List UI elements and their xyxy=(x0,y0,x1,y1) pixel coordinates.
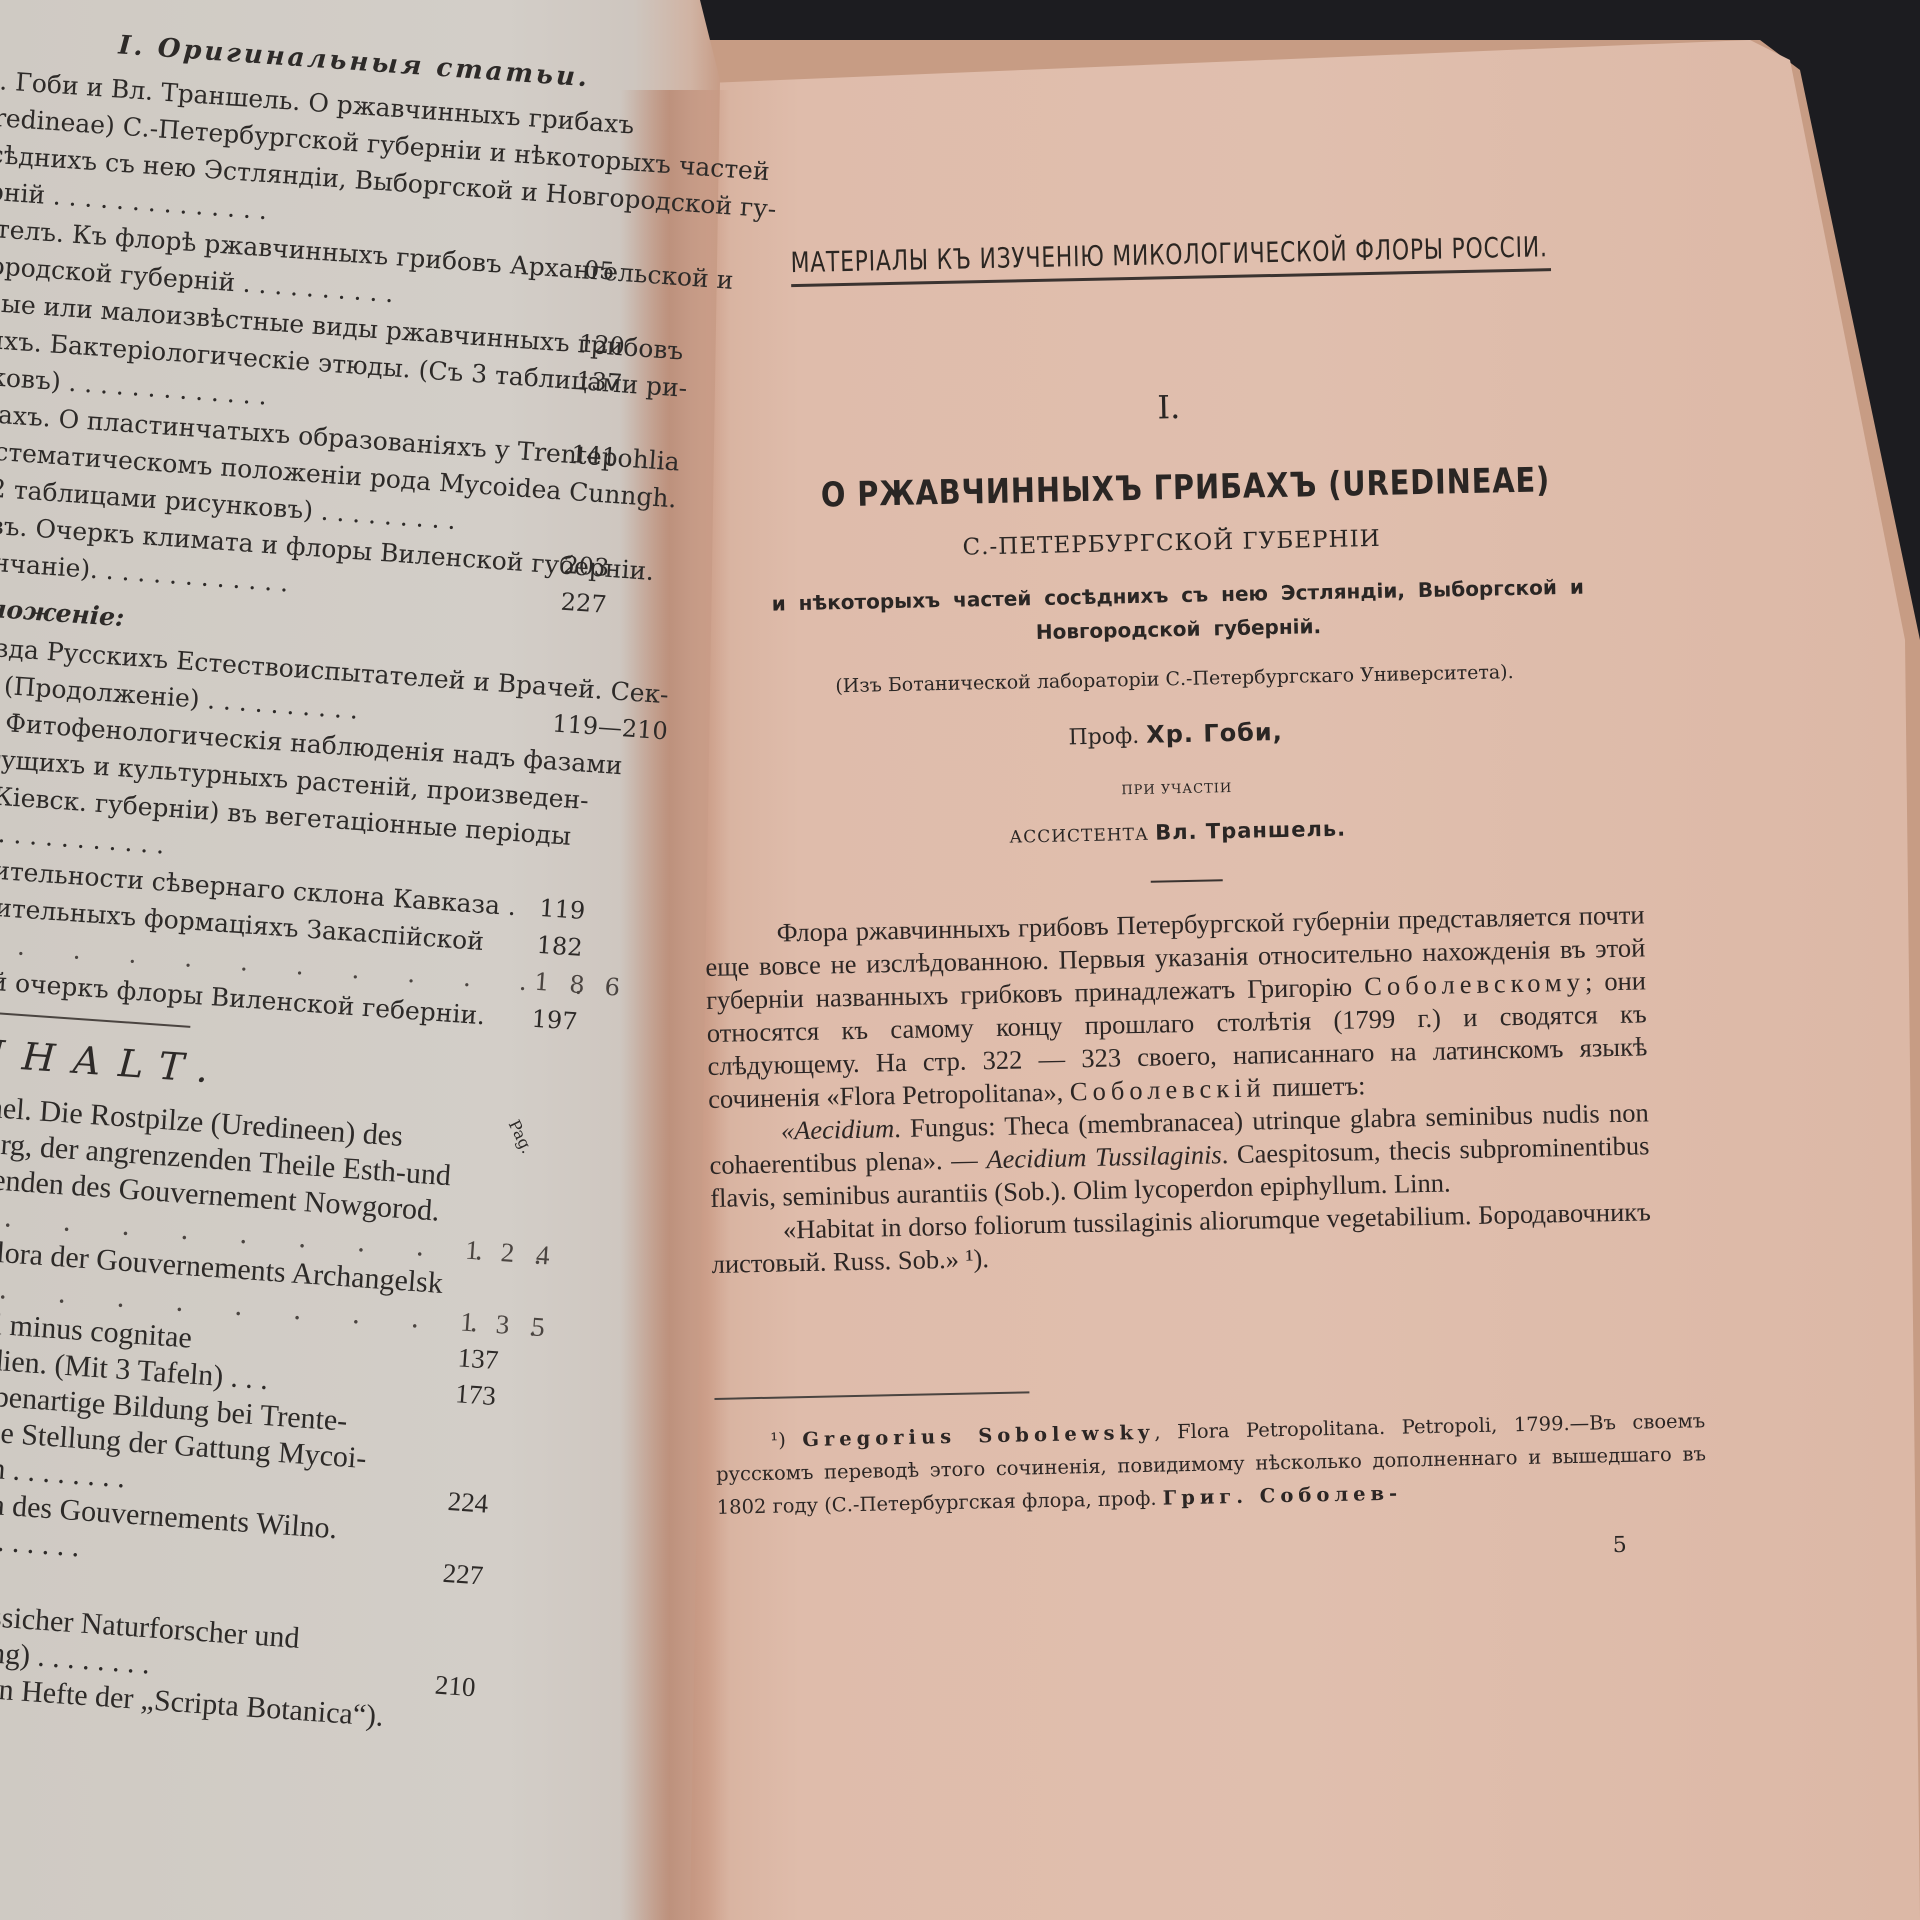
toc-page-number: 182 xyxy=(536,927,584,967)
paragraph-1: Флора ржавчинныхъ грибовъ Петербургской … xyxy=(704,898,1648,1116)
assistant-name: Вл. Траншель. xyxy=(1155,817,1346,845)
footnote: ¹) Gregorius Sobolewsky, Flora Petropoli… xyxy=(715,1404,1707,1524)
quote-1: «Aecidium. Fungus: Theca (membranacea) u… xyxy=(709,1096,1651,1215)
toc-page-number: 197 xyxy=(530,1001,578,1041)
toc-page-number: 227 xyxy=(560,584,608,624)
toc-russian-list: Хр. Гоби и Вл. Траншель. О ржавчинныхъ г… xyxy=(0,60,666,626)
article-body: Флора ржавчинныхъ грибовъ Петербургской … xyxy=(704,898,1651,1281)
toc-russian-appendix-list: ...съѣзда Русскихъ Естествоиспытателей и… xyxy=(0,625,626,1043)
toc-page-number: 119 xyxy=(538,890,586,930)
table-of-contents: I. Оригинальныя статьи. Хр. Гоби и Вл. Т… xyxy=(0,20,668,1747)
page-number: 5 xyxy=(1612,1533,1627,1558)
author-name: Хр. Гоби, xyxy=(1146,718,1283,749)
toc-page-number: 137 xyxy=(575,362,623,402)
toc-page-number: 05 xyxy=(583,251,616,290)
author-prefix: Проф. xyxy=(1068,724,1139,750)
divider xyxy=(0,1012,190,1028)
toc-page-number: 137 xyxy=(457,1339,500,1378)
assistant-prefix: АССИСТЕНТА xyxy=(1009,825,1149,848)
toc-page-number: 203 xyxy=(562,547,610,587)
toc-page-number: 173 xyxy=(454,1375,497,1414)
toc-german-list: Tranzschel. Die Rostpilze (Uredineen) de… xyxy=(0,1083,594,1599)
toc-page-number: 210 xyxy=(434,1667,477,1706)
toc-page-number: 141 xyxy=(570,436,618,476)
toc-page-number: 120 xyxy=(578,325,626,365)
toc-page-number: 227 xyxy=(442,1555,485,1594)
toc-page-number: 224 xyxy=(447,1483,490,1522)
